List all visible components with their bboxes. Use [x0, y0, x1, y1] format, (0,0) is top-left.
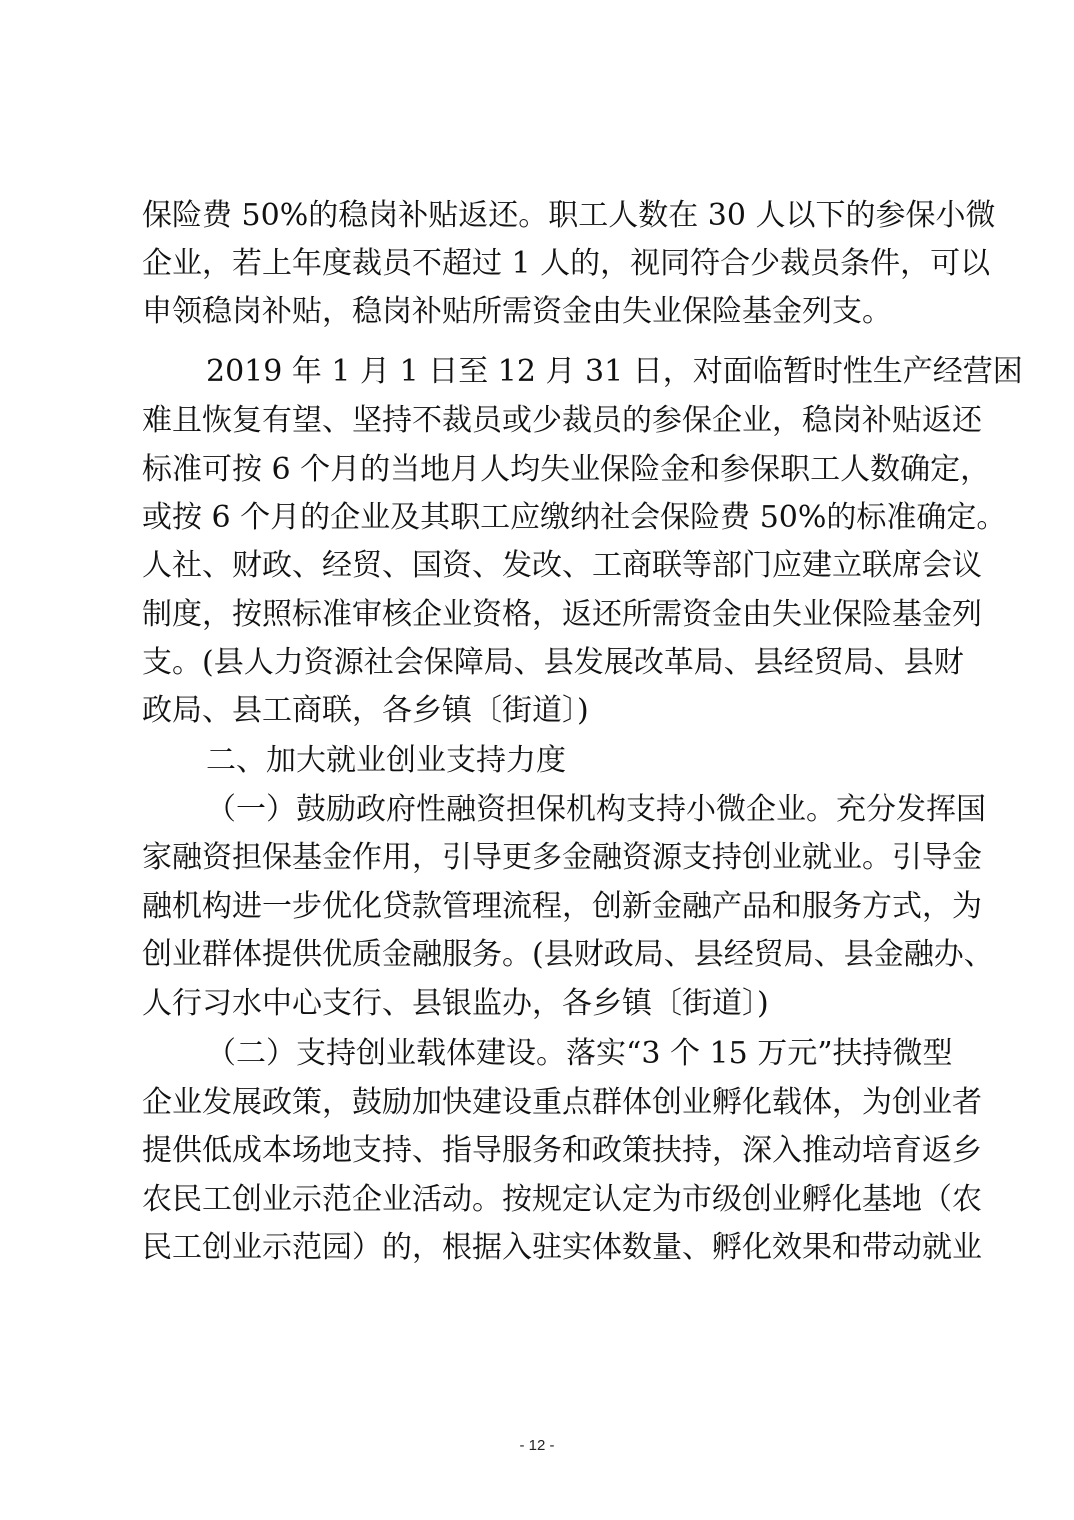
- paragraph-line: （一）鼓励政府性融资担保机构支持小微企业。充分发挥国: [206, 786, 938, 834]
- paragraph-line: 申领稳岗补贴，稳岗补贴所需资金由失业保险基金列支。: [142, 288, 938, 336]
- paragraph-line: 企业发展政策，鼓励加快建设重点群体创业孵化载体，为创业者: [142, 1079, 938, 1127]
- paragraph-line: 创业群体提供优质金融服务。(县财政局、县经贸局、县金融办、: [142, 931, 938, 979]
- paragraph-line: 人行习水中心支行、县银监办，各乡镇〔街道〕): [142, 980, 938, 1028]
- page-number: - 12 -: [0, 1437, 1074, 1454]
- paragraph-line: 家融资担保基金作用，引导更多金融资源支持创业就业。引导金: [142, 834, 938, 882]
- paragraph-line: 制度，按照标准审核企业资格，返还所需资金由失业保险基金列: [142, 591, 938, 639]
- paragraph-line: 政局、县工商联，各乡镇〔街道〕): [142, 687, 938, 735]
- section-heading: 二、加大就业创业支持力度: [206, 737, 938, 785]
- paragraph-line: 提供低成本场地支持、指导服务和政策扶持，深入推动培育返乡: [142, 1127, 938, 1175]
- paragraph-line: 标准可按 6 个月的当地月人均失业保险金和参保职工人数确定，: [142, 446, 938, 494]
- paragraph-line: 保险费 50%的稳岗补贴返还。职工人数在 30 人以下的参保小微: [142, 192, 938, 240]
- paragraph-line: 民工创业示范园）的，根据入驻实体数量、孵化效果和带动就业: [142, 1224, 938, 1272]
- paragraph-line: 农民工创业示范企业活动。按规定认定为市级创业孵化基地（农: [142, 1176, 938, 1224]
- paragraph-line: 2019 年 1 月 1 日至 12 月 31 日，对面临暂时性生产经营困: [206, 348, 938, 396]
- paragraph-line: 人社、财政、经贸、国资、发改、工商联等部门应建立联席会议: [142, 542, 938, 590]
- paragraph-line: （二）支持创业载体建设。落实“3 个 15 万元”扶持微型: [206, 1030, 938, 1078]
- paragraph-line: 企业，若上年度裁员不超过 1 人的，视同符合少裁员条件，可以: [142, 240, 938, 288]
- document-page: 保险费 50%的稳岗补贴返还。职工人数在 30 人以下的参保小微 企业，若上年度…: [0, 0, 1074, 1520]
- paragraph-line: 或按 6 个月的企业及其职工应缴纳社会保险费 50%的标准确定。: [142, 494, 938, 542]
- paragraph-line: 支。(县人力资源社会保障局、县发展改革局、县经贸局、县财: [142, 639, 938, 687]
- paragraph-line: 融机构进一步优化贷款管理流程，创新金融产品和服务方式，为: [142, 883, 938, 931]
- paragraph-line: 难且恢复有望、坚持不裁员或少裁员的参保企业，稳岗补贴返还: [142, 397, 938, 445]
